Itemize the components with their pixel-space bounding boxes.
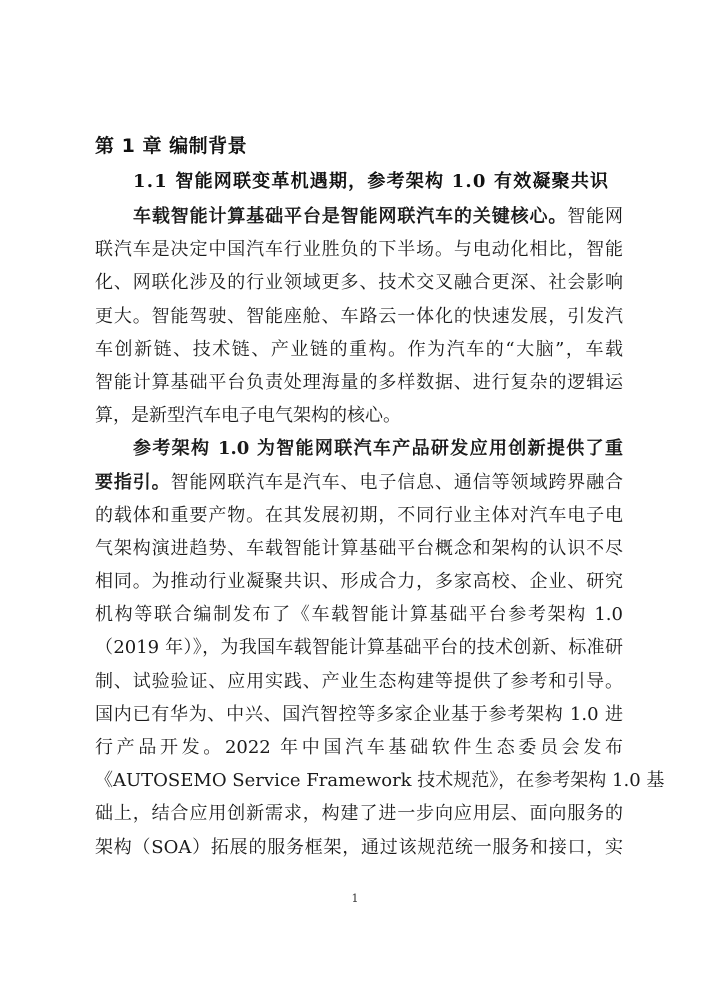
paragraph-2-line: 国内已有华为、中兴、国汽智控等多家企业基于参考架构 1.0 进 — [95, 698, 623, 731]
paragraph-1-line: 联汽车是决定中国汽车行业胜负的下半场。与电动化相比，智能 — [95, 233, 623, 266]
paragraph-2-lead: 参考架构 1.0 为智能网联汽车产品研发应用创新提供了重 — [95, 432, 623, 465]
paragraph-1-line: 更大。智能驾驶、智能座舱、车路云一体化的快速发展，引发汽 — [95, 300, 623, 333]
paragraph-2-line: 相同。为推动行业凝聚共识、形成合力，多家高校、企业、研究 — [95, 565, 623, 598]
paragraph-1-line: 车创新链、技术链、产业链的重构。作为汽车的“大脑”，车载 — [95, 333, 623, 366]
paragraph-2-line: 要指引。智能网联汽车是汽车、电子信息、通信等领域跨界融合 — [95, 466, 623, 499]
paragraph-1-line: 车载智能计算基础平台是智能网联汽车的关键核心。智能网 — [95, 200, 623, 233]
paragraph-1-line: 化、网联化涉及的行业领域更多、技术交叉融合更深、社会影响 — [95, 266, 623, 299]
document-page: 第 1 章 编制背景 1.1 智能网联变革机遇期，参考架构 1.0 有效凝聚共识… — [0, 0, 710, 1004]
paragraph-2-line: 《AUTOSEMO Service Framework 技术规范》，在参考架构 … — [95, 764, 623, 797]
paragraph-2-line: 的载体和重要产物。在其发展初期，不同行业主体对汽车电子电 — [95, 499, 623, 532]
chapter-title: 第 1 章 编制背景 — [95, 131, 247, 158]
paragraph-2-line: 制、试验验证、应用实践、产业生态构建等提供了参考和引导。 — [95, 665, 623, 698]
paragraph-1-lead: 车载智能计算基础平台是智能网联汽车的关键核心。 — [133, 206, 567, 227]
page-number: 1 — [0, 892, 710, 905]
paragraph-2-lead-end: 要指引。 — [95, 472, 171, 493]
paragraph-1-line: 智能计算基础平台负责处理海量的多样数据、进行复杂的逻辑运 — [95, 366, 623, 399]
paragraph-2-line: 机构等联合编制发布了《车载智能计算基础平台参考架构 1.0 — [95, 598, 623, 631]
section-title: 1.1 智能网联变革机遇期，参考架构 1.0 有效凝聚共识 — [133, 167, 609, 193]
body-text: 车载智能计算基础平台是智能网联汽车的关键核心。智能网 联汽车是决定中国汽车行业胜… — [95, 200, 623, 864]
paragraph-1-line: 算，是新型汽车电子电气架构的核心。 — [95, 399, 623, 432]
paragraph-2-line: 架构（SOA）拓展的服务框架，通过该规范统一服务和接口，实 — [95, 831, 623, 864]
paragraph-2-line: （2019 年）》，为我国车载智能计算基础平台的技术创新、标准研 — [95, 631, 623, 664]
paragraph-2-line: 行产品开发。2022 年中国汽车基础软件生态委员会发布 — [95, 731, 623, 764]
paragraph-2-line: 础上，结合应用创新需求，构建了进一步向应用层、面向服务的 — [95, 797, 623, 830]
paragraph-2-line: 气架构演进趋势、车载智能计算基础平台概念和架构的认识不尽 — [95, 532, 623, 565]
